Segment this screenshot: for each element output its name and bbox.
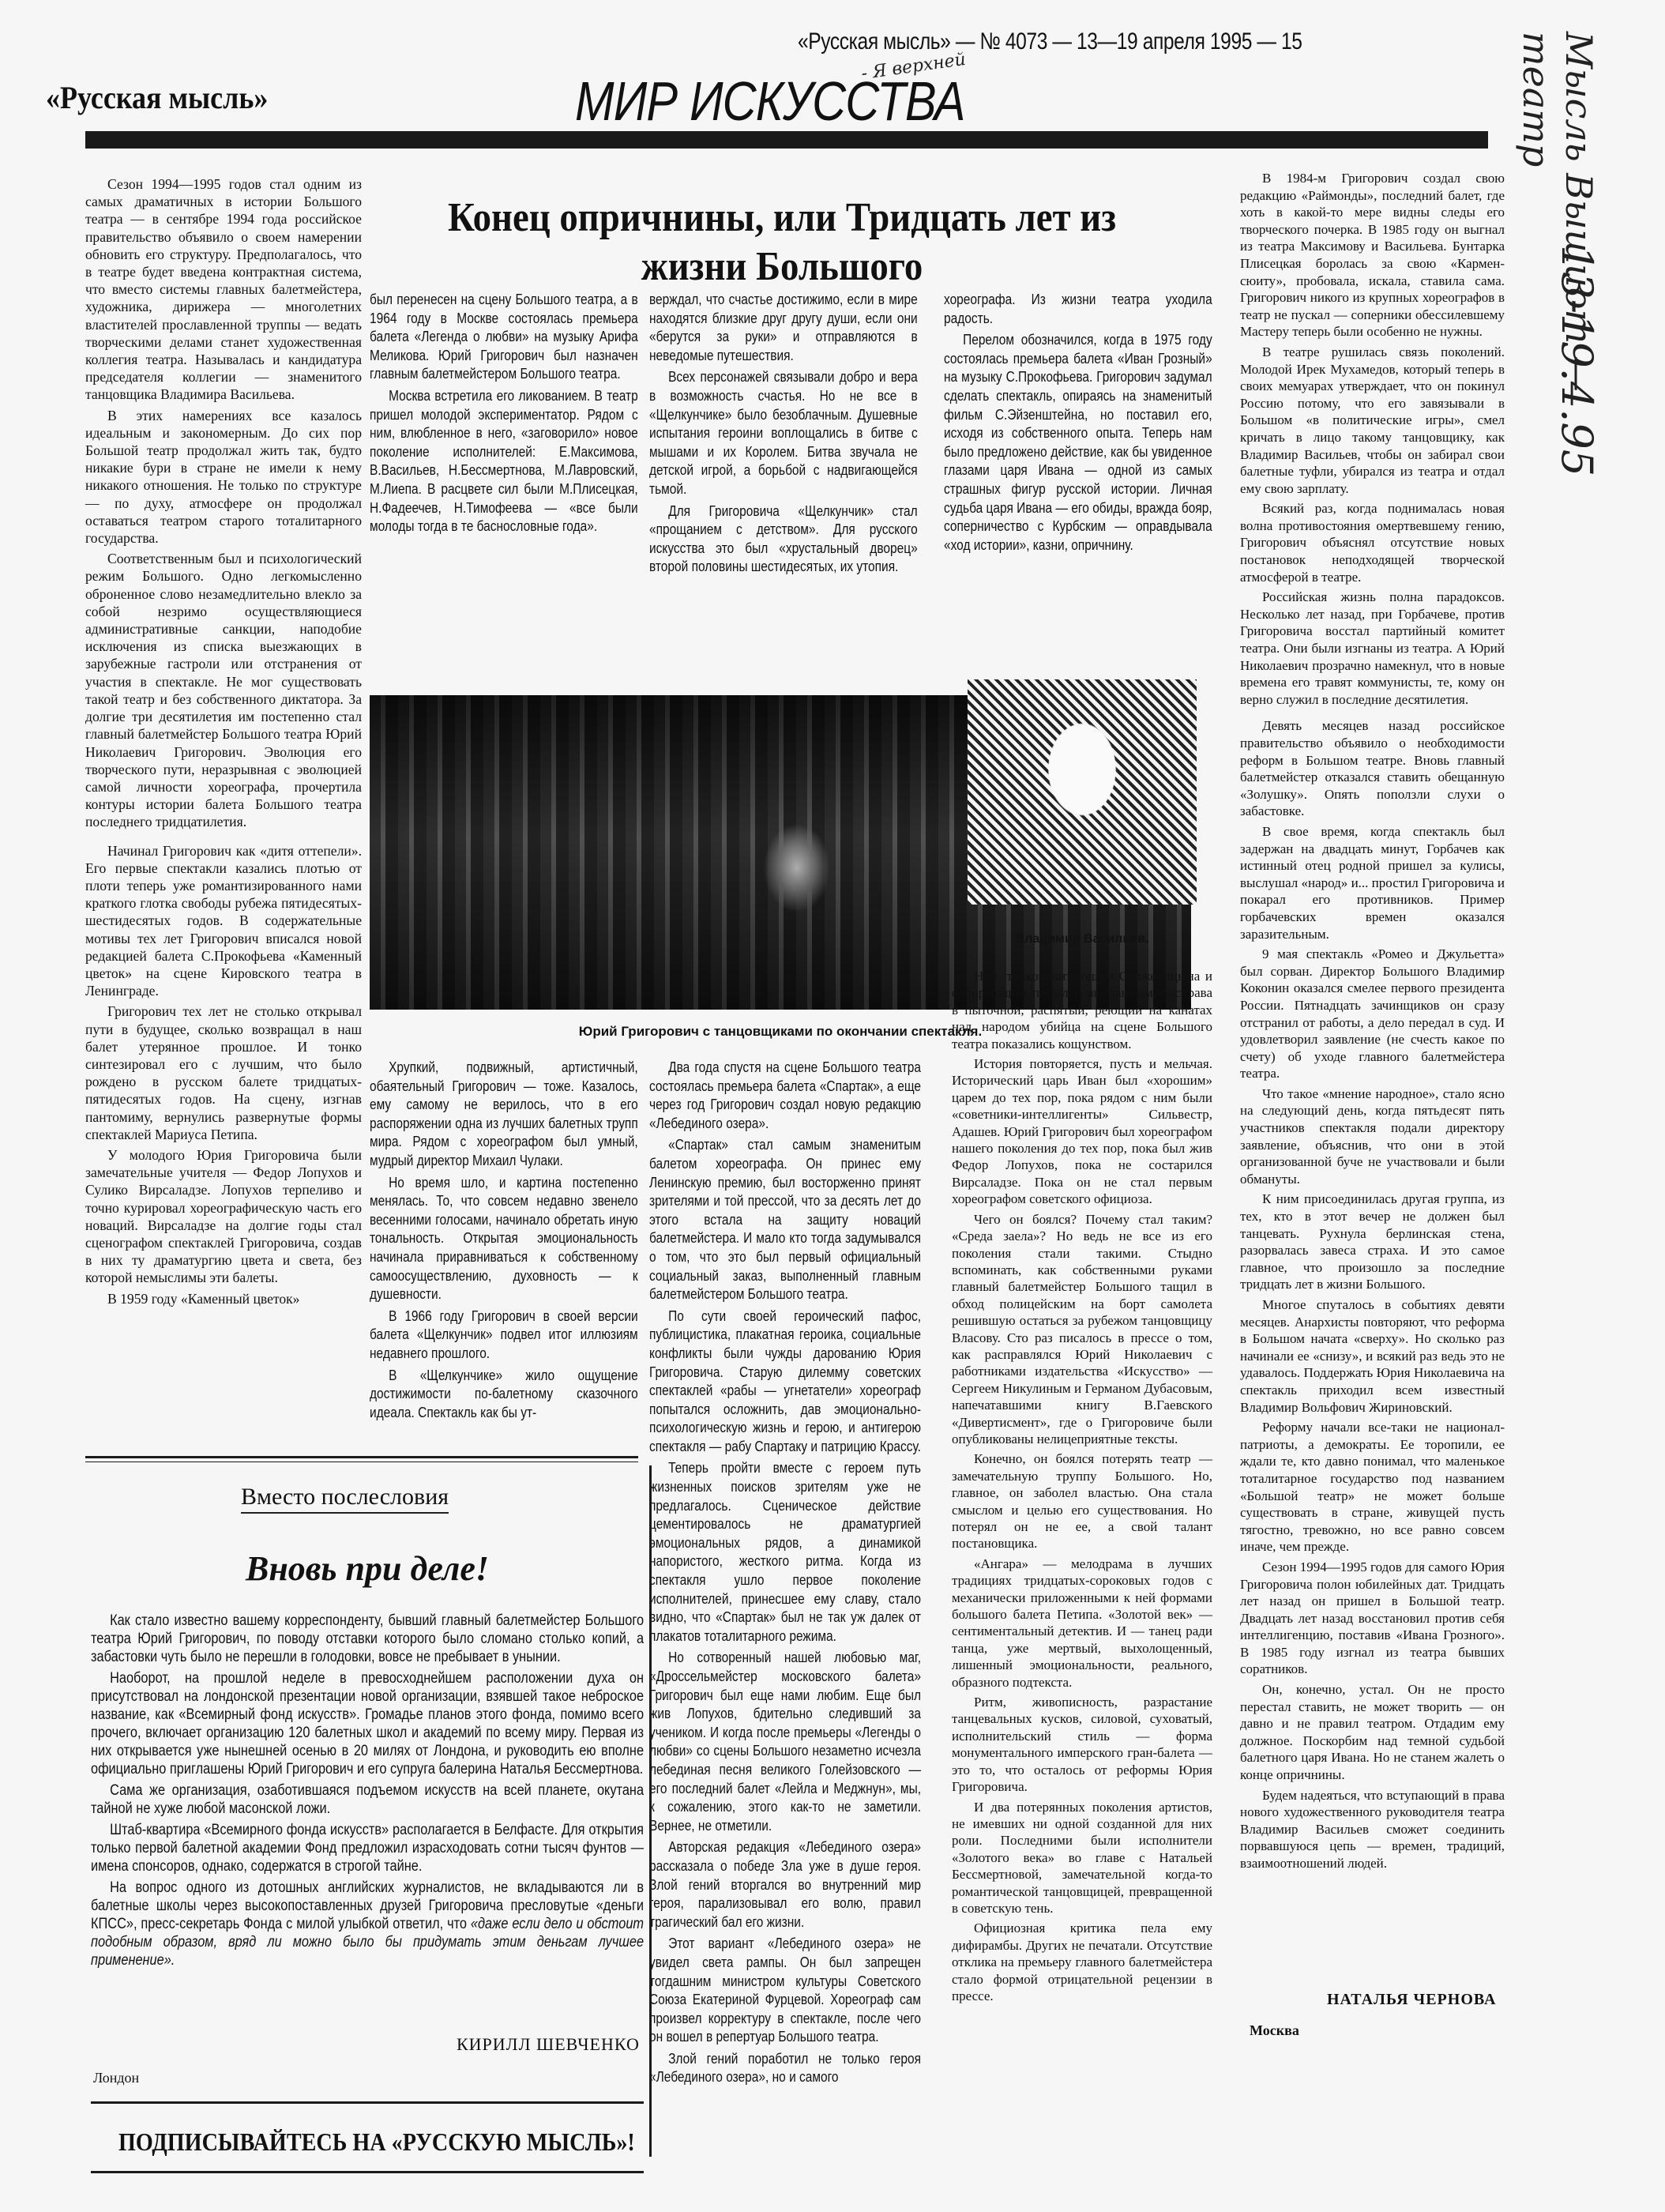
paragraph: Ритм, живописность, разрастание танцевал… — [952, 1694, 1212, 1795]
paragraph: Сезон 1994—1995 годов стал одним из самы… — [85, 175, 362, 404]
paragraph: В этих намерениях все казалось идеальным… — [85, 407, 362, 547]
paragraph: Всех персонажей связывали добро и вера в… — [649, 368, 918, 498]
paragraph: Авторская редакция «Лебединого озера» ра… — [649, 1838, 921, 1932]
article-column-2-bottom: Хрупкий, подвижный, артистичный, обаятел… — [370, 1059, 638, 1438]
paragraph: Многое спуталось в событиях девяти месяц… — [1240, 1296, 1505, 1416]
sidebar-top-rule-thin — [85, 1461, 638, 1462]
paragraph: По сути своей героический пафос, публици… — [649, 1307, 921, 1457]
section-rubric: МИР ИСКУССТВА — [575, 70, 965, 133]
paragraph: Для Григоровича «Щелкунчик» стал «прощан… — [649, 502, 918, 577]
header-rule — [85, 131, 1488, 149]
paragraph: К ним присоединилась другая группа, из т… — [1240, 1191, 1505, 1293]
paragraph: Чего он боялся? Почему стал таким? «Сред… — [952, 1211, 1212, 1448]
paragraph: На вопрос одного из дотошных английских … — [91, 1879, 644, 1969]
sidebar-body: Как стало известно вашему корреспонденту… — [91, 1612, 644, 2038]
paragraph: Москва встретила его ликованием. В театр… — [370, 387, 638, 536]
paragraph: В 1959 году «Каменный цветок» — [85, 1290, 362, 1307]
paragraph: История повторяется, пусть и мельчая. Ис… — [952, 1055, 1212, 1208]
handwritten-date: 13-19.4.95 — [1552, 245, 1602, 577]
subscribe-promo: ПОДПИСЫВАЙТЕСЬ НА «РУССКУЮ МЫСЛЬ»! — [118, 2127, 635, 2157]
article-column-5: В 1984-м Григорович создал свою редакцию… — [1240, 170, 1505, 1872]
article-column-2-top: был перенесен на сцену Большого театра, … — [370, 291, 638, 670]
paragraph: Злой гений поработил не только героя «Ле… — [649, 2050, 921, 2087]
paragraph: Всякий раз, когда поднималась новая волн… — [1240, 500, 1505, 585]
paragraph: В 1984-м Григорович создал свою редакцию… — [1240, 170, 1505, 340]
paragraph: Официозная критика пела ему дифирамбы. Д… — [952, 1920, 1212, 2004]
paragraph: был перенесен на сцену Большого театра, … — [370, 291, 638, 384]
paragraph: И два потерянных поколения артистов, не … — [952, 1799, 1212, 1917]
paragraph: Девять месяцев назад российское правител… — [1240, 717, 1505, 820]
paragraph: В 1966 году Григорович в своей версии ба… — [370, 1307, 638, 1364]
paragraph: Будем надеяться, что вступающий в права … — [1240, 1787, 1505, 1872]
paragraph: Теперь пройти вместе с героем путь жизне… — [649, 1459, 921, 1646]
promo-top-rule — [91, 2101, 644, 2104]
paragraph: Что такое «мнение народное», стало ясно … — [1240, 1085, 1505, 1188]
paragraph: Он, конечно, устал. Он не просто переста… — [1240, 1681, 1505, 1784]
paragraph: Штаб-квартира «Всемирного фонда искусств… — [91, 1821, 644, 1875]
paragraph: Григорович тех лет не столько открывал п… — [85, 1003, 362, 1143]
photo-vladimir-vasiliev — [968, 679, 1197, 905]
paragraph: В «Щелкунчике» жило ощущение достижимост… — [370, 1367, 638, 1423]
sidebar-top-rule — [85, 1456, 638, 1458]
article-column-3-top: верждал, что счастье достижимо, если в м… — [649, 291, 918, 670]
sidebar-kicker: Вместо послесловия — [241, 1484, 449, 1514]
photo-caption: Владимир Васильев. — [968, 932, 1197, 946]
paragraph: Сама же организация, озаботившаяся подъе… — [91, 1781, 644, 1818]
paragraph: Но сотворенный нашей любовью маг, «Дросс… — [649, 1649, 921, 1835]
paragraph: Этот вариант «Лебединого озера» не увиде… — [649, 1935, 921, 2047]
paragraph: Перелом обозначился, когда в 1975 году с… — [944, 331, 1212, 555]
paragraph: Два года спустя на сцене Большого театра… — [649, 1059, 921, 1133]
paragraph: Наоборот, на прошлой неделе в превосходн… — [91, 1669, 644, 1778]
paragraph: В театре рушилась связь поколений. Молод… — [1240, 344, 1505, 497]
article-column-4-bottom: Нам, тайком читающим Солженицына и собир… — [952, 968, 1212, 2004]
paragraph: Хрупкий, подвижный, артистичный, обаятел… — [370, 1059, 638, 1171]
sidebar-author: КИРИЛЛ ШЕВЧЕНКО — [457, 2034, 640, 2055]
paragraph: Но время шло, и картина постепенно менял… — [370, 1174, 638, 1304]
newspaper-masthead: «Русская мысль» — [46, 79, 268, 116]
paragraph: Реформу начали все-таки не национал-патр… — [1240, 1419, 1505, 1556]
sidebar-title: Вновь при деле! — [79, 1548, 656, 1589]
article-column-3-bottom: Два года спустя на сцене Большого театра… — [649, 1059, 922, 2180]
paragraph: Как стало известно вашему корреспонденту… — [91, 1612, 644, 1666]
issue-folio: «Русская мысль» — № 4073 — 13—19 апреля … — [798, 28, 1302, 55]
paragraph: 9 мая спектакль «Ромео и Джульетта» был … — [1240, 946, 1505, 1082]
paragraph: «Спартак» стал самым знаменитым балетом … — [649, 1136, 921, 1303]
paragraph: верждал, что счастье достижимо, если в м… — [649, 291, 918, 365]
sidebar-place: Лондон — [93, 2070, 139, 2086]
paragraph: Соответственным был и психологический ре… — [85, 550, 362, 830]
promo-bottom-rule — [91, 2171, 644, 2173]
article-column-4-top: хореографа. Из жизни театра уходила радо… — [944, 291, 1212, 670]
article-headline: Конец опричнины, или Тридцать лет из жиз… — [419, 194, 1144, 292]
article-author: НАТАЛЬЯ ЧЕРНОВА — [1327, 1991, 1496, 2009]
paragraph: Российская жизнь полна парадоксов. Неско… — [1240, 589, 1505, 708]
article-place: Москва — [1250, 2022, 1299, 2039]
paragraph: У молодого Юрия Григоровича были замечат… — [85, 1146, 362, 1287]
paragraph: Нам, тайком читающим Солженицына и собир… — [952, 968, 1212, 1052]
paragraph: Сезон 1994—1995 годов для самого Юрия Гр… — [1240, 1559, 1505, 1678]
paragraph: Конечно, он боялся потерять театр — заме… — [952, 1450, 1212, 1552]
paragraph: Начинал Григорович как «дитя оттепели». … — [85, 842, 362, 1000]
article-column-1: Сезон 1994—1995 годов стал одним из самы… — [85, 175, 362, 1307]
paragraph: В свое время, когда спектакль был задерж… — [1240, 823, 1505, 942]
paragraph: «Ангара» — мелодрама в лучших традициях … — [952, 1556, 1212, 1691]
paragraph: хореографа. Из жизни театра уходила радо… — [944, 291, 1212, 328]
